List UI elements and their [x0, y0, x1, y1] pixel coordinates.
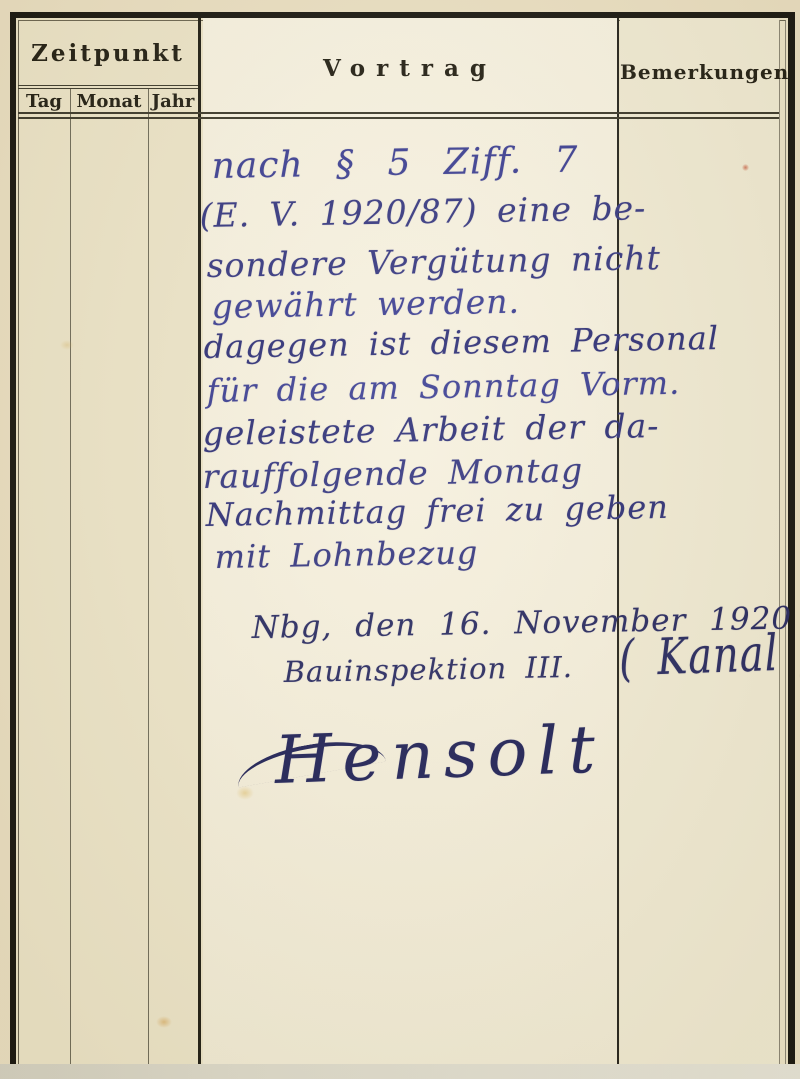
office-line: Bauinspektion III.: [283, 650, 573, 689]
zeitpunkt-underline-bottom: [18, 88, 198, 89]
handwriting-line: sondere Vergütung nicht: [206, 238, 661, 285]
column-divider-monat-jahr: [148, 88, 149, 1064]
column-divider-tag-monat: [70, 88, 71, 1064]
header-double-rule-top: [18, 112, 779, 114]
handwriting-line: geleistete Arbeit der da-: [202, 406, 659, 453]
right-inner-rule: [779, 20, 780, 1064]
column-header-zeitpunkt: Zeitpunkt: [18, 40, 198, 67]
bemerkungen-column-background: [620, 18, 779, 1064]
handwriting-line: Nachmittag frei zu geben: [205, 488, 669, 534]
column-header-tag: Tag: [18, 91, 70, 112]
column-header-jahr: Jahr: [148, 91, 198, 112]
scan-bottom-edge: [0, 1064, 800, 1079]
header-double-rule-bottom: [18, 117, 779, 119]
handwriting-line: nach § 5 Ziff. 7: [211, 140, 579, 187]
signature: Hensolt: [273, 711, 606, 799]
column-header-bemerkungen: Bemerkungen: [620, 60, 779, 84]
column-header-monat: Monat: [70, 91, 148, 112]
handwriting-line: (E. V. 1920/87) eine be-: [199, 188, 646, 235]
column-divider-jahr-vortrag: [198, 18, 201, 1064]
remark-parenthetical: ( Kanal ): [618, 624, 800, 688]
handwriting-line: gewährt werden.: [211, 282, 520, 326]
column-header-vortrag: Vortrag: [203, 55, 617, 82]
handwriting-line: mit Lohnbezug: [214, 533, 478, 576]
handwriting-line: rauffolgende Montag: [202, 450, 583, 496]
column-divider-vortrag-bemerkungen: [617, 18, 619, 1064]
scanned-ledger-page: Zeitpunkt Tag Monat Jahr Vortrag Bemerku…: [0, 0, 800, 1079]
zeitpunkt-underline-top: [18, 85, 198, 86]
